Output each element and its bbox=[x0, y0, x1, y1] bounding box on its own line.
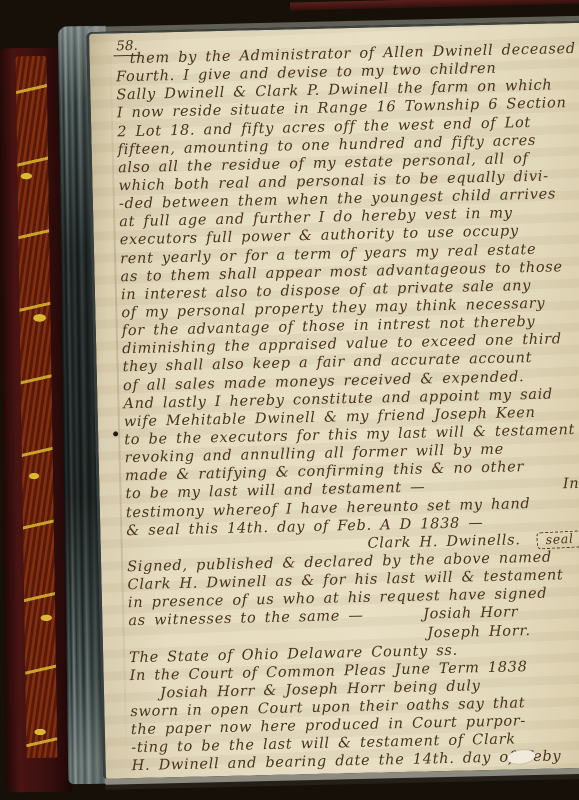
line-tail-text: In bbox=[563, 475, 579, 494]
cover-edge-sliver bbox=[290, 0, 579, 11]
handwritten-text-block: them by the Administrator of Allen Dwine… bbox=[115, 40, 579, 776]
ledger-page: 58. them by the Administrator of Allen D… bbox=[86, 21, 579, 779]
seal-box: seal bbox=[536, 530, 579, 549]
line-tail-text: Josiah Horr bbox=[423, 604, 519, 624]
line-tail-text: Joseph Horr. bbox=[427, 622, 531, 642]
ink-blot bbox=[113, 431, 118, 436]
book-photo: 58. them by the Administrator of Allen D… bbox=[0, 0, 579, 800]
